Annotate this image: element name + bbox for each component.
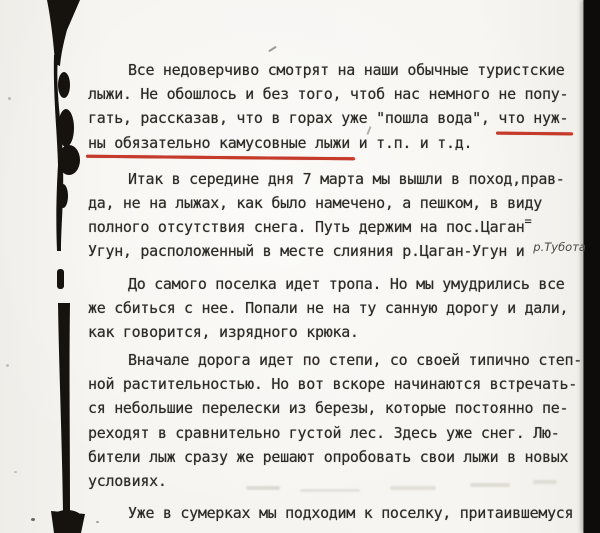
text-line: да, не на лыжах, как было намечено, а пе… bbox=[88, 191, 588, 215]
scan-speck bbox=[8, 97, 11, 100]
paragraph-2: Итак в середине дня 7 марта мы вышли в п… bbox=[88, 167, 588, 264]
scan-speck bbox=[31, 518, 35, 521]
paragraph-1: Все недоверчиво смотрят на наши обычные … bbox=[88, 58, 588, 155]
text-segment: До самого поселка идет тропа. Но мы умуд… bbox=[128, 275, 565, 293]
pen-tick-mark bbox=[268, 46, 277, 52]
scanned-page: Все недоверчиво смотрят на наши обычные … bbox=[0, 0, 600, 533]
text-segment: полного отсутствия снега. Путь держим на… bbox=[88, 218, 525, 236]
text-segment: Все недоверчиво смотрят на наши обычные … bbox=[128, 61, 565, 79]
text-line: ся небольшие перелески из березы, которы… bbox=[88, 396, 588, 420]
handwritten-annotation: р.Тубота bbox=[533, 235, 586, 259]
text-segment: как говорится, изрядного крюка. bbox=[88, 323, 359, 341]
bleed-through-mark bbox=[470, 483, 510, 487]
bleed-through-mark bbox=[390, 486, 436, 490]
text-line: До самого поселка идет тропа. Но мы умуд… bbox=[88, 272, 588, 296]
text-segment: Вначале дорога идет по степи, со своей т… bbox=[128, 351, 582, 369]
text-line: бители лыж сразу же решают опробовать св… bbox=[88, 445, 588, 469]
paragraph-4: Вначале дорога идет по степи, со своей т… bbox=[88, 348, 588, 493]
scan-speck bbox=[6, 364, 9, 367]
text-line: гать, рассказав, что в горах уже "пошла … bbox=[88, 106, 588, 130]
scan-speck bbox=[14, 471, 17, 473]
text-line: Угун, расположенный в месте слияния р.Ца… bbox=[88, 239, 588, 263]
red-underlined-text: что нуж- bbox=[498, 106, 568, 130]
typewriter-double-hyphen: = bbox=[525, 209, 532, 233]
text-segment: и т.п. и т.д. bbox=[350, 134, 472, 152]
text-segment: гать, рассказав, что в горах уже "пошла … bbox=[88, 109, 498, 127]
paragraph-3: До самого поселка идет тропа. Но мы умуд… bbox=[88, 272, 588, 345]
text-segment: же сбиться с нее. Попали не на ту санную… bbox=[88, 299, 568, 317]
text-segment: Уже в сумерках мы подходим к поселку, пр… bbox=[128, 504, 573, 522]
text-line: Итак в середине дня 7 марта мы вышли в п… bbox=[88, 167, 588, 191]
text-line: же сбиться с нее. Попали не на ту санную… bbox=[88, 296, 588, 320]
text-line: Уже в сумерках мы подходим к поселку, пр… bbox=[88, 501, 588, 525]
text-segment: бители лыж сразу же решают опробовать св… bbox=[88, 448, 568, 466]
text-segment: Итак в середине дня 7 марта мы вышли в п… bbox=[128, 170, 565, 188]
text-segment: условиях. bbox=[88, 472, 167, 490]
text-line: ной растительностью. Но вот вскоре начин… bbox=[88, 372, 588, 396]
text-line: реходят в сравнительно густой лес. Здесь… bbox=[88, 421, 588, 445]
text-segment: ной растительностью. Но вот вскоре начин… bbox=[88, 375, 577, 393]
scan-speck bbox=[96, 521, 99, 523]
text-segment: Угун, расположенный в месте слияния р.Ца… bbox=[88, 242, 533, 260]
document-text: Все недоверчиво смотрят на наши обычные … bbox=[88, 58, 588, 525]
text-segment: реходят в сравнительно густой лес. Здесь… bbox=[88, 424, 559, 442]
text-segment: да, не на лыжах, как было намечено, а пе… bbox=[88, 194, 542, 212]
text-line: как говорится, изрядного крюка. bbox=[88, 320, 588, 344]
bleed-through-mark bbox=[246, 486, 280, 490]
binding-fold-mark bbox=[0, 0, 100, 533]
bleed-through-mark bbox=[533, 480, 557, 484]
paragraph-5: Уже в сумерках мы подходим к поселку, пр… bbox=[88, 501, 588, 525]
text-segment: лыжи. Не обошлось и без того, чтоб нас н… bbox=[88, 85, 568, 103]
red-underlined-text: ны обязательно камусовные лыжи bbox=[88, 131, 350, 155]
text-line: лыжи. Не обошлось и без того, чтоб нас н… bbox=[88, 82, 588, 106]
text-line: полного отсутствия снега. Путь держим на… bbox=[88, 215, 588, 239]
text-segment: ся небольшие перелески из березы, которы… bbox=[88, 399, 568, 417]
text-line: Вначале дорога идет по степи, со своей т… bbox=[88, 348, 588, 372]
text-line: Все недоверчиво смотрят на наши обычные … bbox=[88, 58, 588, 82]
bleed-through-mark bbox=[300, 489, 360, 492]
